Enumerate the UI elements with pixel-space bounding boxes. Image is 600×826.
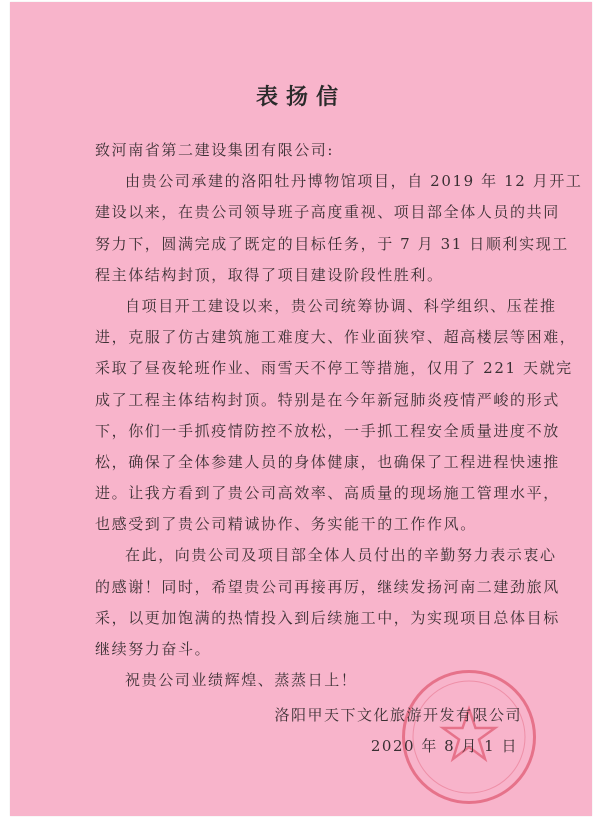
salutation: 致河南省第二建设集团有限公司: <box>95 135 515 166</box>
body-line: 成了工程主体结构封顶。特别是在今年新冠肺炎疫情严峻的形式 <box>95 385 515 416</box>
body-line: 松，确保了全体参建人员的身体健康，也确保了工程进程快速推 <box>95 447 515 478</box>
body-line: 进，克服了仿古建筑施工难度大、作业面狭窄、超高楼层等困难， <box>95 322 515 353</box>
body-line: 采取了昼夜轮班作业、雨雪天不停工等措施，仅用了 221 天就完 <box>95 353 515 384</box>
letter-title: 表扬信 <box>10 80 592 111</box>
body-line: 在此，向贵公司及项目部全体人员付出的辛勤努力表示衷心 <box>95 540 515 571</box>
body-line: 进。让我方看到了贵公司高效率、高质量的现场施工管理水平， <box>95 478 515 509</box>
body-line: 采，以更加饱满的热情投入到后续施工中，为实现项目总体目标 <box>95 603 515 634</box>
body-line: 建设以来，在贵公司领导班子高度重视、项目部全体人员的共同 <box>95 197 515 228</box>
signature-block: 洛阳甲天下文化旅游开发有限公司 2020 年 8 月 1 日 <box>274 700 522 762</box>
body-line: 也感受到了贵公司精诚协作、务实能干的工作作风。 <box>95 509 515 540</box>
body-line: 程主体结构封顶，取得了项目建设阶段性胜利。 <box>95 260 515 291</box>
body-line: 的感谢！同时，希望贵公司再接再厉，继续发扬河南二建劲旅风 <box>95 572 515 603</box>
letter-page: 表扬信 致河南省第二建设集团有限公司: 由贵公司承建的洛阳牡丹博物馆项目，自 2… <box>10 2 592 816</box>
signature-organization: 洛阳甲天下文化旅游开发有限公司 <box>274 700 522 731</box>
body-line: 努力下，圆满完成了既定的目标任务，于 7 月 31 日顺利实现工 <box>95 229 515 260</box>
body-line: 由贵公司承建的洛阳牡丹博物馆项目，自 2019 年 12 月开工 <box>95 166 515 197</box>
body-line: 下，你们一手抓疫情防控不放松，一手抓工程安全质量进度不放 <box>95 416 515 447</box>
letter-body: 致河南省第二建设集团有限公司: 由贵公司承建的洛阳牡丹博物馆项目，自 2019 … <box>95 135 515 696</box>
body-line: 继续努力奋斗。 <box>95 634 515 665</box>
signature-date: 2020 年 8 月 1 日 <box>274 731 522 762</box>
closing-wish: 祝贵公司业绩辉煌、蒸蒸日上！ <box>95 665 515 696</box>
body-line: 自项目开工建设以来，贵公司统筹协调、科学组织、压茬推 <box>95 291 515 322</box>
